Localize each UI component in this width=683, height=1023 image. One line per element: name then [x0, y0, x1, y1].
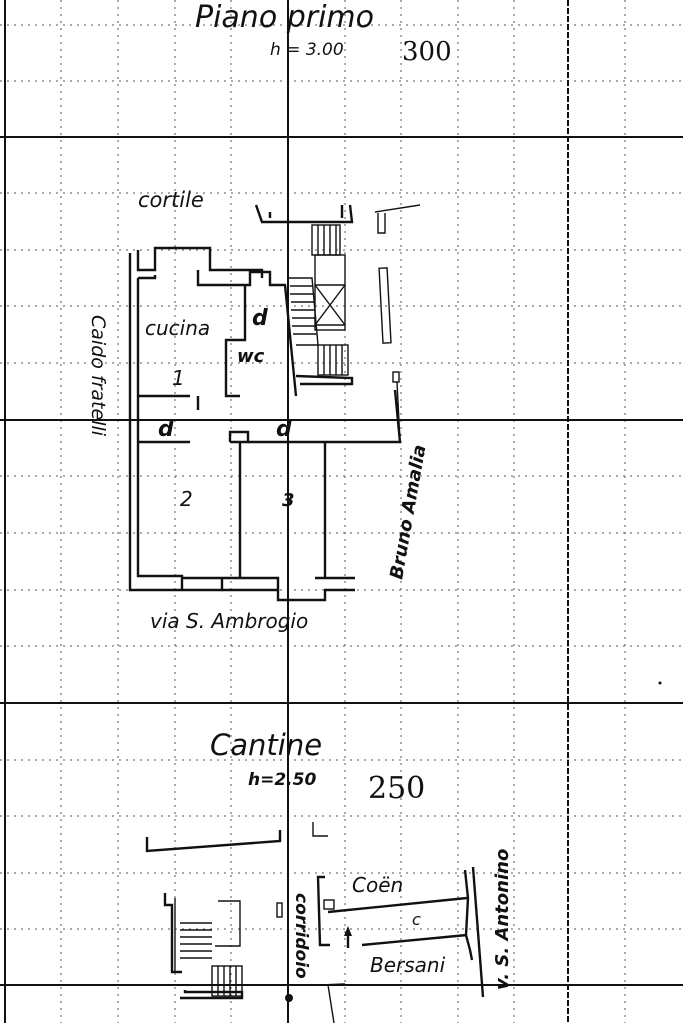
ink-dot [285, 994, 293, 1002]
minor-grid [0, 0, 683, 1023]
room-kitchen-label: cucina [145, 316, 210, 340]
lower-plan-walls [147, 822, 483, 1023]
upper-plan-walls [130, 205, 420, 600]
corridor-marker-right: d [276, 417, 292, 442]
upper-plan-title: Piano primo [195, 0, 374, 35]
corridor-marker-left: d [158, 417, 174, 442]
neighbor-right-label: Bruno Amalia [386, 443, 430, 581]
room-2-number: 2 [180, 487, 193, 511]
upper-staircase [256, 205, 352, 384]
lower-street-label: v. S. Antonino [492, 849, 513, 990]
neighbor-coen-label: Coën [352, 873, 403, 897]
lower-plan-title: Cantine [210, 728, 322, 762]
ink-dot [659, 682, 662, 685]
room-3-number: 3 [282, 490, 295, 511]
corridor-label: corridoio [291, 893, 311, 979]
courtyard-label: cortile [138, 188, 204, 212]
lower-plan-header: Cantine h=2.50 250 [210, 728, 425, 806]
room-wc-label: wc [237, 346, 265, 367]
upper-plan-header: Piano primo h = 3.00 300 [195, 0, 452, 67]
major-grid [0, 0, 683, 1023]
lower-plan-height-handwritten: 250 [368, 771, 425, 806]
wc-marker: d [252, 306, 268, 331]
upper-plan-height: h = 3.00 [270, 40, 344, 60]
upper-room-labels: cucina 1 wc d d d 2 3 [145, 306, 295, 511]
cellar-room-label: c [412, 910, 421, 929]
upper-plan-height-handwritten: 300 [402, 37, 452, 67]
floor-plan-sheet: Piano primo h = 3.00 300 cortile [0, 0, 683, 1023]
room-kitchen-number: 1 [172, 366, 185, 390]
lower-plan-height: h=2.50 [248, 770, 316, 790]
upper-street-label: via S. Ambrogio [150, 609, 308, 633]
neighbor-bersani-label: Bersani [370, 953, 446, 977]
neighbor-left-label: Caido fratelli [87, 315, 109, 437]
